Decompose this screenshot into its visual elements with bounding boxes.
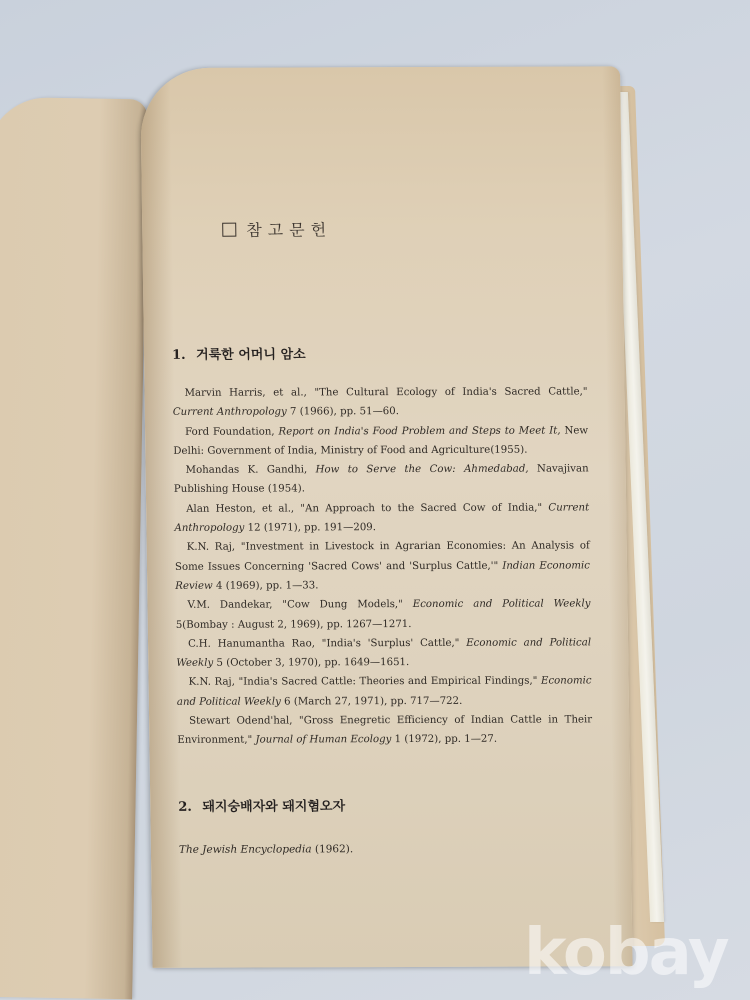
section-title-text: 거룩한 어머니 암소 [196,347,306,362]
page-heading: 참고문헌 [222,217,332,240]
section-title-text: 돼지숭배자와 돼지혐오자 [202,799,345,814]
section-title-1: 1. 거룩한 어머니 암소 [172,343,306,362]
book-page: 참고문헌 1. 거룩한 어머니 암소 Marvin Harris, et al.… [140,66,633,968]
reference-item: The Jewish Encyclopedia (1962). [179,843,353,856]
watermark-logo: kobay [524,916,728,990]
reference-item: Stewart Odend'hal, "Gross Enegretic Effi… [177,710,593,750]
section-title-2: 2. 돼지숭배자와 돼지혐오자 [178,795,345,815]
page-content: 참고문헌 1. 거룩한 어머니 암소 Marvin Harris, et al.… [168,66,588,67]
reference-item: Alan Heston, et al., "An Approach to the… [174,498,590,538]
reference-item: K.N. Raj, "Investment in Livestock in Ag… [175,537,591,596]
reference-item: Marvin Harris, et al., "The Cultural Eco… [172,382,588,422]
heading-text: 참고문헌 [246,217,332,240]
reference-item: C.H. Hanumantha Rao, "India's 'Surplus' … [176,633,592,673]
reference-item: Ford Foundation, Report on India's Food … [173,421,589,461]
left-page [0,97,148,1000]
section-number: 2. [178,800,192,815]
reference-list: Marvin Harris, et al., "The Cultural Eco… [172,382,592,750]
square-box-icon [222,222,236,236]
reference-item: Mohandas K. Gandhi, How to Serve the Cow… [173,460,589,500]
reference-item: V.M. Dandekar, "Cow Dung Models," Econom… [175,595,591,635]
reference-item: K.N. Raj, "India's Sacred Cattle: Theori… [176,672,592,712]
section-number: 1. [172,348,186,363]
